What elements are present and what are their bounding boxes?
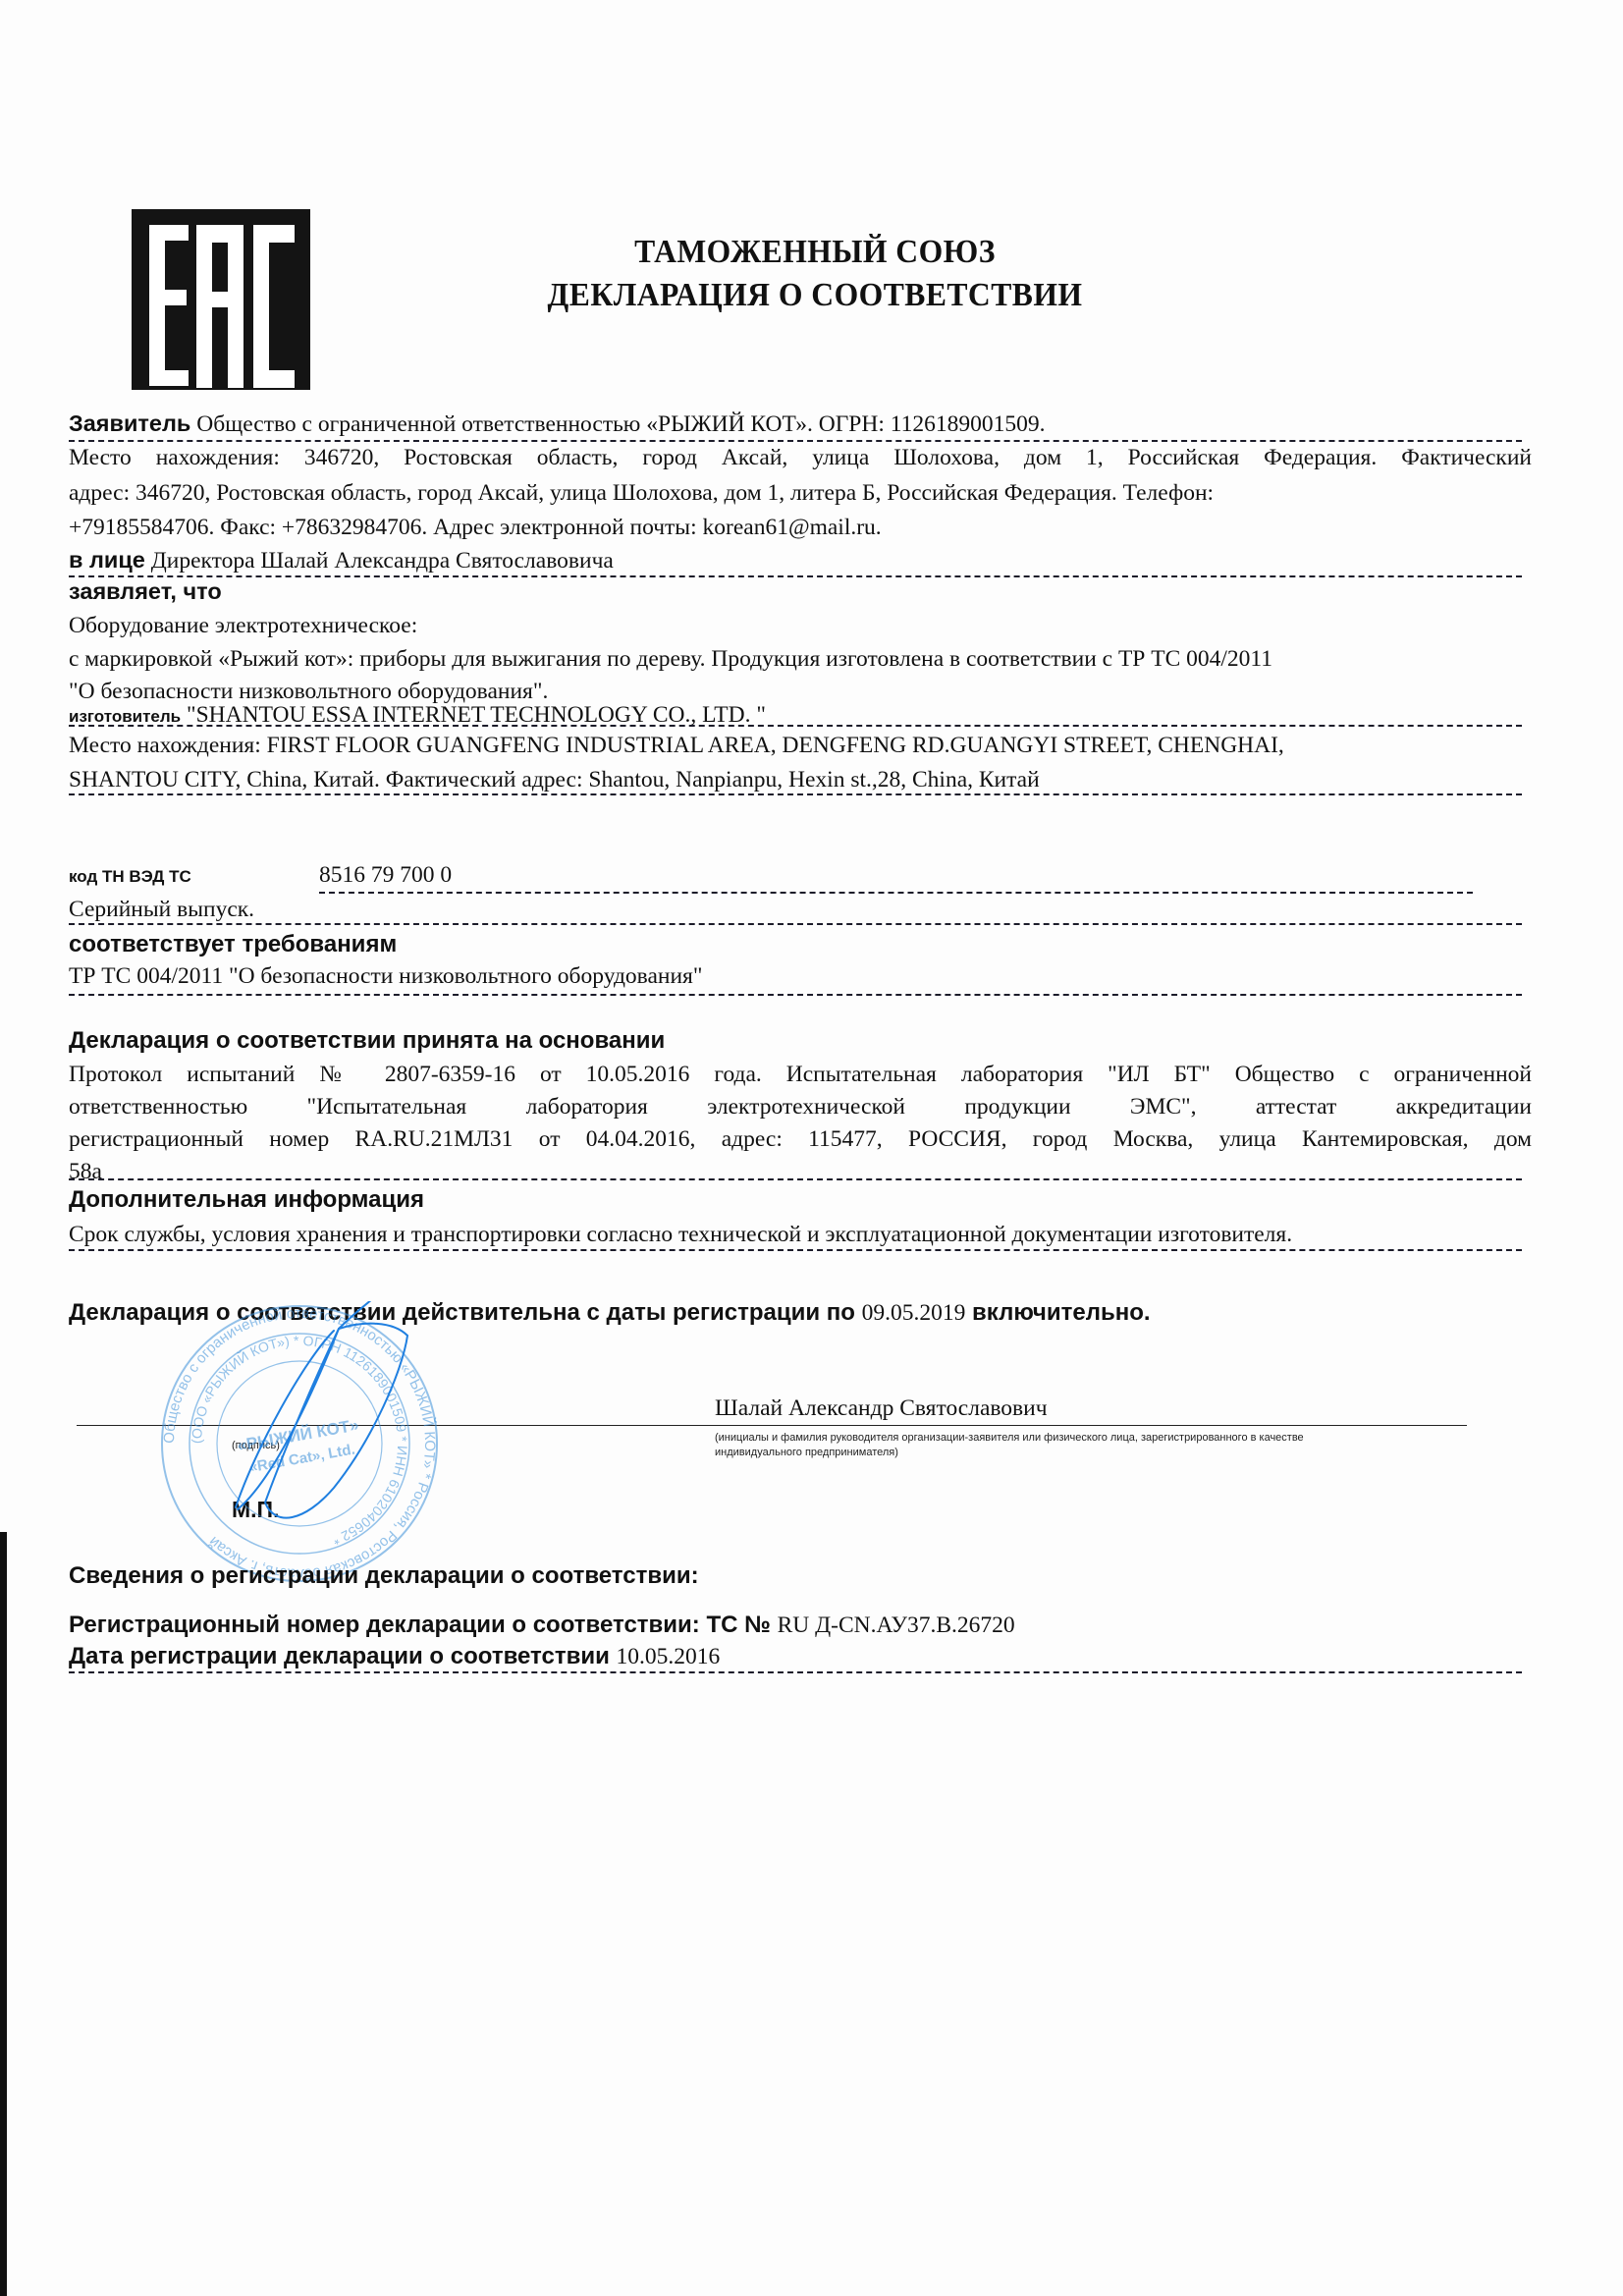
basis-label: Декларация о соответствии принята на осн…	[69, 1027, 665, 1055]
applicant-name: Общество с ограниченной ответственностью…	[196, 411, 1045, 437]
eac-logo-icon	[132, 209, 310, 390]
manufacturer-label: изготовитель	[69, 707, 181, 726]
signature-line	[77, 1425, 1467, 1426]
declares-line-1: Оборудование электротехническое:	[69, 612, 417, 639]
name-caption-line-2: индивидуального предпринимателя)	[715, 1445, 898, 1460]
basis-line-1: Протокол испытаний № 2807-6359-16 от 10.…	[69, 1061, 1532, 1088]
tn-ved-label: код ТН ВЭД ТС	[69, 867, 191, 886]
applicant-address-line-1: Место нахождения: 346720, Ростовская обл…	[69, 444, 1532, 471]
name-caption-line-1: (инициалы и фамилия руководителя организ…	[715, 1430, 1304, 1446]
divider	[69, 793, 1522, 795]
additional-text: Срок службы, условия хранения и транспор…	[69, 1221, 1292, 1248]
basis-line-3: регистрационный номер RA.RU.21МЛ31 от 04…	[69, 1125, 1532, 1153]
production-type: Серийный выпуск.	[69, 896, 254, 923]
additional-label: Дополнительная информация	[69, 1186, 424, 1214]
registration-number: RU Д-CN.АУ37.В.26720	[778, 1613, 1015, 1638]
title-customs-union: ТАМОЖЕННЫЙ СОЮЗ	[405, 234, 1226, 271]
tn-ved-row: код ТН ВЭД ТС	[69, 861, 191, 891]
basis-line-2: ответственностью "Испытательная лаборато…	[69, 1093, 1532, 1121]
scan-edge-shadow	[0, 1532, 7, 2296]
manufacturer-address-line-2: SHANTOU CITY, China, Китай. Фактический …	[69, 766, 1040, 793]
stamp-middle-text: (ООО «РЫЖИЙ КОТ») * ОГРН 1126189001509 *…	[189, 1333, 410, 1549]
signature-scribble-icon	[236, 1301, 432, 1518]
signature-caption: (подпись)	[232, 1438, 280, 1453]
registration-heading: Сведения о регистрации декларации о соот…	[69, 1562, 699, 1590]
validity-prefix: Декларация о соответствии действительна …	[69, 1299, 855, 1326]
divider	[69, 725, 1522, 727]
applicant-label: Заявитель	[69, 410, 190, 436]
signer-name: Шалай Александр Святославович	[715, 1394, 1048, 1422]
registration-date-label: Дата регистрации декларации о соответств…	[69, 1643, 610, 1669]
validity-date: 09.05.2019	[862, 1300, 966, 1326]
validity-suffix: включительно.	[972, 1299, 1151, 1326]
divider	[69, 575, 1522, 577]
divider	[69, 1671, 1522, 1673]
basis-line-4: 58а	[69, 1158, 102, 1185]
divider	[69, 923, 1522, 925]
declaration-page: ТАМОЖЕННЫЙ СОЮЗ ДЕКЛАРАЦИЯ О СООТВЕТСТВИ…	[0, 0, 1623, 2296]
divider	[69, 1249, 1522, 1251]
applicant-address-line-3: +79185584706. Факс: +78632984706. Адрес …	[69, 514, 882, 541]
registration-date: 10.05.2016	[617, 1644, 721, 1669]
svg-text:(ООО «РЫЖИЙ КОТ») * ОГРН 11261: (ООО «РЫЖИЙ КОТ») * ОГРН 1126189001509 *…	[189, 1333, 410, 1549]
declares-line-2: с маркировкой «Рыжий кот»: приборы для в…	[69, 645, 1272, 673]
divider	[69, 994, 1522, 996]
represented-row: в лице Директора Шалай Александра Святос…	[69, 546, 614, 574]
complies-label: соответствует требованиям	[69, 931, 397, 958]
tn-ved-code: 8516 79 700 0	[319, 861, 452, 889]
registration-number-label: Регистрационный номер декларации о соотв…	[69, 1612, 771, 1638]
manufacturer-address-line-1: Место нахождения: FIRST FLOOR GUANGFENG …	[69, 732, 1284, 759]
seal-label: М.П.	[232, 1497, 279, 1523]
stamp-outer-text: Общество с ограниченной ответственностью…	[161, 1305, 438, 1582]
validity-row: Декларация о соответствии действительна …	[69, 1299, 1151, 1327]
applicant-address-line-2: адрес: 346720, Ростовская область, город…	[69, 479, 1214, 507]
registration-number-row: Регистрационный номер декларации о соотв…	[69, 1612, 1015, 1639]
applicant-row: Заявитель Общество с ограниченной ответс…	[69, 410, 1046, 438]
represented-by: Директора Шалай Александра Святославович…	[151, 548, 614, 574]
svg-text:Общество с ограниченной ответс: Общество с ограниченной ответственностью…	[161, 1305, 438, 1582]
divider	[319, 892, 1473, 894]
title-declaration: ДЕКЛАРАЦИЯ О СООТВЕТСТВИИ	[405, 277, 1226, 314]
company-seal-stamp: Общество с ограниченной ответственностью…	[137, 1301, 461, 1586]
registration-date-row: Дата регистрации декларации о соответств…	[69, 1643, 720, 1670]
divider	[69, 1178, 1522, 1180]
represented-label: в лице	[69, 547, 145, 573]
declares-label: заявляет, что	[69, 577, 222, 605]
divider	[69, 440, 1522, 442]
complies-text: ТР ТС 004/2011 "О безопасности низковоль…	[69, 962, 702, 990]
